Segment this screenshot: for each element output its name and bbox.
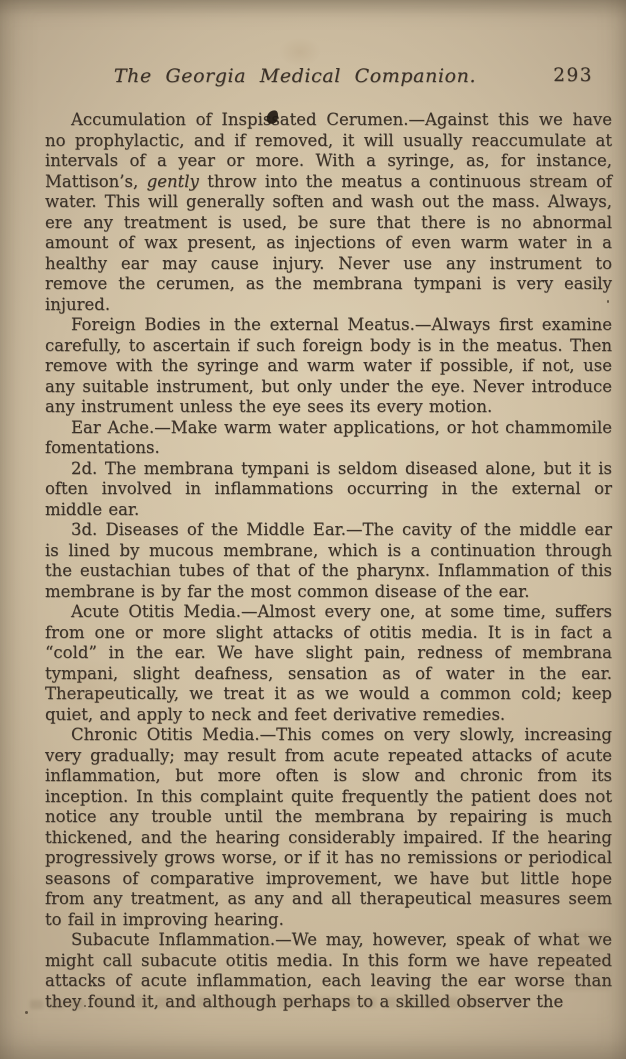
running-title: The Georgia Medical Companion. xyxy=(0,64,608,88)
paragraph: Foreign Bodies in the external Meatus.—A… xyxy=(45,315,612,418)
paragraph: Subacute Inflammation.—We may, however, … xyxy=(45,930,612,1012)
page-number: 293 xyxy=(553,64,593,88)
paragraph: 2d. The membrana tympani is seldom disea… xyxy=(45,459,612,521)
text-body: Accumulation of Inspissated Cerumen.—Aga… xyxy=(0,110,626,1012)
text-segment: 3d. Diseases of the Middle Ear.—The cavi… xyxy=(45,520,612,601)
text-segment: Ear Ache.—Make warm water applications, … xyxy=(45,418,612,458)
paragraph: Accumulation of Inspissated Cerumen.—Aga… xyxy=(45,110,612,315)
paragraph: Acute Otitis Media.—Almost every one, at… xyxy=(45,602,612,725)
italic-text-segment: gently xyxy=(147,172,199,191)
text-segment: Subacute Inflammation.—We may, however, … xyxy=(45,930,612,1011)
book-page-scan: The Georgia Medical Companion. 293 Accum… xyxy=(0,0,626,1059)
text-segment: throw into the meatus a continuous strea… xyxy=(45,172,612,314)
text-segment: 2d. The membrana tympani is seldom disea… xyxy=(45,459,612,519)
running-head: The Georgia Medical Companion. 293 xyxy=(0,0,626,88)
paragraph: 3d. Diseases of the Middle Ear.—The cavi… xyxy=(45,520,612,602)
text-segment: Foreign Bodies in the external Meatus.—A… xyxy=(45,315,612,416)
paragraph: Chronic Otitis Media.—This comes on very… xyxy=(45,725,612,930)
paragraph: Ear Ache.—Make warm water applications, … xyxy=(45,418,612,459)
text-segment: Chronic Otitis Media.—This comes on very… xyxy=(45,725,612,929)
text-segment: Acute Otitis Media.—Almost every one, at… xyxy=(45,602,612,724)
